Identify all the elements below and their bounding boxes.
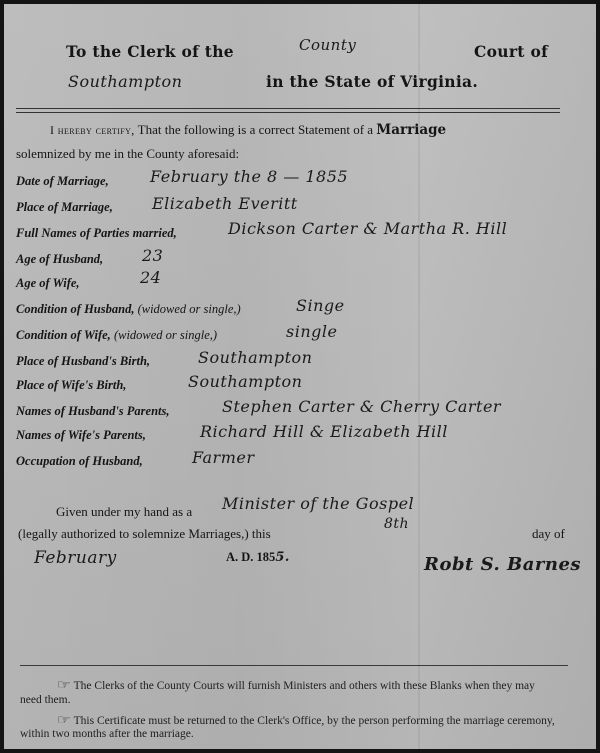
field-label-date-of-marriage: Date of Marriage, bbox=[16, 174, 109, 189]
field-label-place-of-marriage: Place of Marriage, bbox=[16, 200, 113, 215]
pointing-hand-icon: ☞ bbox=[57, 677, 71, 693]
certify-line1: I hereby certify, That the following is … bbox=[50, 122, 446, 138]
year-line: A. D. 1855. bbox=[226, 550, 290, 565]
field-label-age-of-wife: Age of Wife, bbox=[16, 276, 80, 291]
footer-note2-line2: within two months after the marriage. bbox=[20, 728, 194, 740]
condition-wife-paren: (widowed or single,) bbox=[114, 328, 217, 342]
footer-note2-line1: ☞This Certificate must be returned to th… bbox=[58, 712, 555, 728]
attestation-line1-prefix: Given under my hand as a bbox=[56, 504, 192, 520]
field-label-occupation: Occupation of Husband, bbox=[16, 454, 143, 469]
field-label-husbands-birth: Place of Husband's Birth, bbox=[16, 354, 150, 369]
field-value-husbands-parents: Stephen Carter & Cherry Carter bbox=[222, 397, 501, 416]
footer-note2-text: This Certificate must be returned to the… bbox=[74, 715, 555, 727]
field-value-wifes-birth: Southampton bbox=[188, 372, 302, 391]
marriage-certificate-page: To the Clerk of the County Court of Sout… bbox=[4, 4, 596, 749]
certify-text: That the following is a correct Statemen… bbox=[138, 122, 373, 137]
field-value-condition-of-husband: Singe bbox=[296, 296, 345, 315]
footer-note1-text: The Clerks of the County Courts will fur… bbox=[74, 680, 535, 692]
field-label-age-of-husband: Age of Husband, bbox=[16, 252, 103, 267]
officiant-signature: Robt S. Barnes bbox=[424, 554, 581, 575]
footer-note1-line2: need them. bbox=[20, 694, 70, 706]
paper-fold bbox=[418, 4, 420, 749]
attestation-line2-suffix: day of bbox=[532, 526, 565, 542]
field-value-full-names: Dickson Carter & Martha R. Hill bbox=[228, 219, 507, 238]
certify-line2: solemnized by me in the County aforesaid… bbox=[16, 146, 239, 162]
pointing-hand-icon: ☞ bbox=[57, 712, 71, 728]
attestation-line2-prefix: (legally authorized to solemnize Marriag… bbox=[18, 526, 271, 542]
court-type-handwritten: County bbox=[299, 36, 356, 54]
field-value-age-of-husband: 23 bbox=[142, 246, 163, 265]
condition-wife-label: Condition of Wife, bbox=[16, 328, 111, 342]
year-handwritten: 5. bbox=[275, 550, 290, 565]
officiant-title-handwritten: Minister of the Gospel bbox=[222, 494, 414, 513]
field-label-condition-of-husband: Condition of Husband, (widowed or single… bbox=[16, 302, 241, 317]
field-value-age-of-wife: 24 bbox=[140, 268, 161, 287]
footer-note1-line1: ☞The Clerks of the County Courts will fu… bbox=[58, 677, 535, 693]
header-line2-suffix: in the State of Virginia. bbox=[266, 72, 478, 91]
field-value-place-of-marriage: Elizabeth Everitt bbox=[152, 194, 298, 213]
day-handwritten: 8th bbox=[384, 516, 409, 532]
county-name-handwritten: Southampton bbox=[68, 72, 182, 91]
field-label-condition-of-wife: Condition of Wife, (widowed or single,) bbox=[16, 328, 217, 343]
certify-lead: I hereby certify, bbox=[50, 123, 135, 137]
field-label-full-names: Full Names of Parties married, bbox=[16, 226, 177, 241]
field-value-date-of-marriage: February the 8 — 1855 bbox=[150, 167, 348, 186]
certify-bold-word: Marriage bbox=[376, 122, 446, 138]
field-label-wifes-parents: Names of Wife's Parents, bbox=[16, 428, 146, 443]
header-line1-prefix: To the Clerk of the bbox=[66, 42, 234, 61]
header-divider bbox=[16, 108, 560, 113]
condition-husband-label: Condition of Husband, bbox=[16, 302, 134, 316]
footer-divider bbox=[20, 665, 568, 666]
field-value-wifes-parents: Richard Hill & Elizabeth Hill bbox=[200, 422, 448, 441]
month-handwritten: February bbox=[34, 548, 117, 568]
field-value-condition-of-wife: single bbox=[286, 322, 337, 341]
field-value-occupation: Farmer bbox=[192, 448, 255, 467]
field-label-husbands-parents: Names of Husband's Parents, bbox=[16, 404, 170, 419]
year-print: A. D. 185 bbox=[226, 550, 275, 564]
condition-husband-paren: (widowed or single,) bbox=[138, 302, 241, 316]
header-line1-suffix: Court of bbox=[474, 42, 548, 61]
field-label-wifes-birth: Place of Wife's Birth, bbox=[16, 378, 126, 393]
field-value-husbands-birth: Southampton bbox=[198, 348, 312, 367]
